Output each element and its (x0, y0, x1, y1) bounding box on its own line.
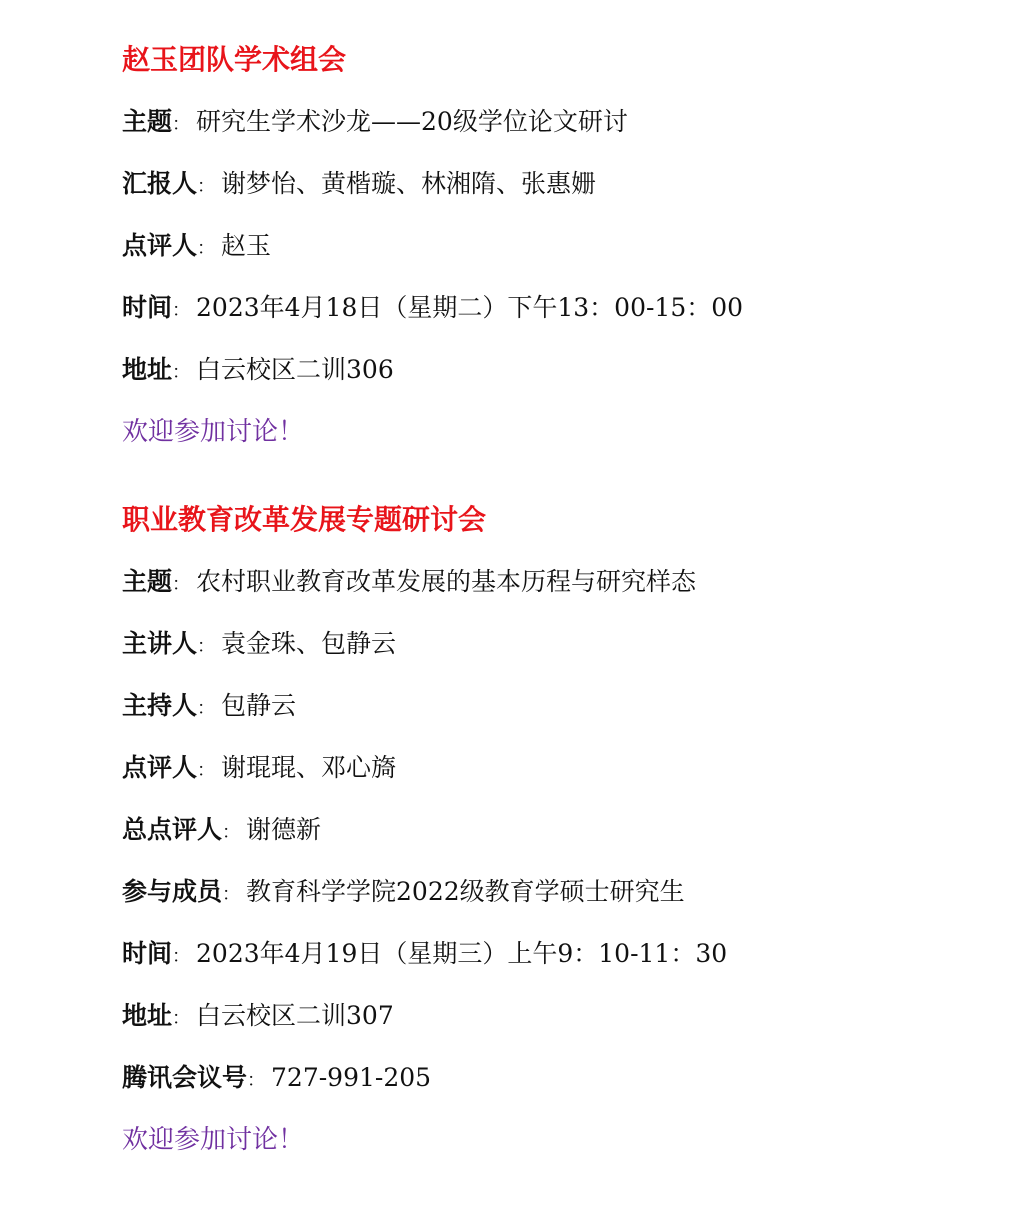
field-value: 农村职业教育改革发展的基本历程与研究样态 (196, 567, 696, 596)
field-time: 时间：2023年4月19日（星期三）上午9：10-11：30 (122, 934, 1002, 974)
field-label: 参与成员 (122, 877, 222, 906)
field-label: 总点评人 (122, 815, 222, 844)
field-address: 地址：白云校区二训306 (122, 350, 1002, 390)
field-label: 腾讯会议号 (122, 1063, 247, 1092)
field-topic: 主题：农村职业教育改革发展的基本历程与研究样态 (122, 562, 1002, 602)
welcome-message: 欢迎参加讨论！ (122, 412, 1002, 452)
field-separator: ： (172, 1008, 190, 1029)
field-separator: ： (197, 176, 215, 197)
field-time: 时间：2023年4月18日（星期二）下午13：00-15：00 (122, 288, 1002, 328)
field-value: 白云校区二训307 (196, 1001, 394, 1030)
section-title: 赵玉团队学术组会 (122, 40, 1002, 80)
field-value: 白云校区二训306 (196, 355, 394, 384)
field-tencent-meeting-id: 腾讯会议号：727-991-205 (122, 1058, 1002, 1098)
field-separator: ： (197, 698, 215, 719)
field-value: 谢德新 (246, 815, 321, 844)
field-value: 谢琨琨、邓心旖 (221, 753, 396, 782)
field-topic: 主题：研究生学术沙龙——20级学位论文研讨 (122, 102, 1002, 142)
field-reviewer: 点评人：赵玉 (122, 226, 1002, 266)
welcome-message: 欢迎参加讨论！ (122, 1120, 1002, 1160)
field-value: 包静云 (221, 691, 296, 720)
field-separator: ： (172, 946, 190, 967)
field-address: 地址：白云校区二训307 (122, 996, 1002, 1036)
field-value: 2023年4月19日（星期三）上午9：10-11：30 (196, 939, 727, 968)
section-divider (122, 452, 1002, 500)
field-label: 主题 (122, 107, 172, 136)
field-presenters: 汇报人：谢梦怡、黄楷璇、林湘隋、张惠姗 (122, 164, 1002, 204)
field-label: 主讲人 (122, 629, 197, 658)
field-label: 主题 (122, 567, 172, 596)
field-separator: ： (172, 574, 190, 595)
field-separator: ： (197, 636, 215, 657)
field-label: 主持人 (122, 691, 197, 720)
field-value: 袁金珠、包静云 (221, 629, 396, 658)
field-separator: ： (172, 300, 190, 321)
field-label: 点评人 (122, 753, 197, 782)
field-label: 汇报人 (122, 169, 197, 198)
meeting-section-vocational-education: 职业教育改革发展专题研讨会 主题：农村职业教育改革发展的基本历程与研究样态 主讲… (122, 500, 1002, 1160)
field-speakers: 主讲人：袁金珠、包静云 (122, 624, 1002, 664)
field-separator: ： (247, 1070, 265, 1091)
field-label: 点评人 (122, 231, 197, 260)
field-separator: ： (222, 822, 240, 843)
meeting-section-zhao-yu-group: 赵玉团队学术组会 主题：研究生学术沙龙——20级学位论文研讨 汇报人：谢梦怡、黄… (122, 40, 1002, 452)
field-chief-reviewer: 总点评人：谢德新 (122, 810, 1002, 850)
field-separator: ： (222, 884, 240, 905)
field-reviewers: 点评人：谢琨琨、邓心旖 (122, 748, 1002, 788)
field-value: 2023年4月18日（星期二）下午13：00-15：00 (196, 293, 743, 322)
field-label: 时间 (122, 939, 172, 968)
field-value: 研究生学术沙龙——20级学位论文研讨 (196, 107, 628, 136)
field-value: 赵玉 (221, 231, 271, 260)
field-separator: ： (172, 362, 190, 383)
field-host: 主持人：包静云 (122, 686, 1002, 726)
field-value: 教育科学学院2022级教育学硕士研究生 (246, 877, 685, 906)
document-page: 赵玉团队学术组会 主题：研究生学术沙龙——20级学位论文研讨 汇报人：谢梦怡、黄… (122, 40, 1002, 1160)
field-value: 谢梦怡、黄楷璇、林湘隋、张惠姗 (221, 169, 596, 198)
field-value: 727-991-205 (271, 1063, 431, 1092)
field-separator: ： (172, 114, 190, 135)
field-label: 地址 (122, 355, 172, 384)
section-title: 职业教育改革发展专题研讨会 (122, 500, 1002, 540)
field-label: 时间 (122, 293, 172, 322)
field-separator: ： (197, 238, 215, 259)
field-separator: ： (197, 760, 215, 781)
field-label: 地址 (122, 1001, 172, 1030)
field-participants: 参与成员：教育科学学院2022级教育学硕士研究生 (122, 872, 1002, 912)
